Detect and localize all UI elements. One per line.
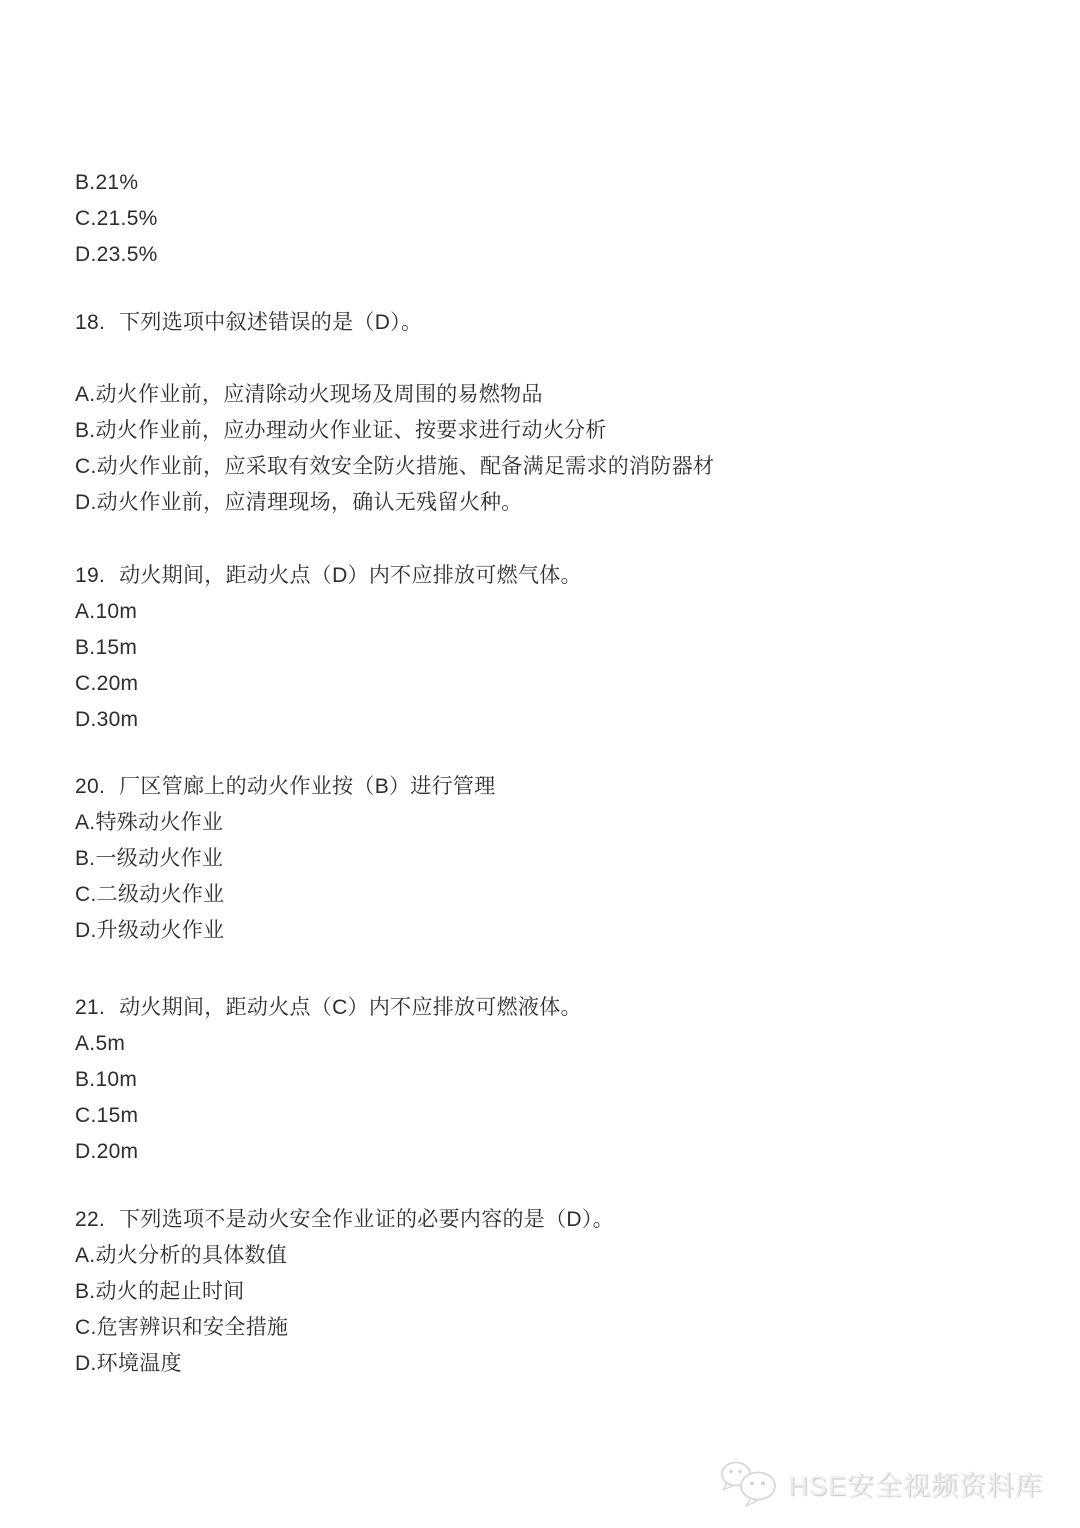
watermark: HSE安全视频资料库 — [718, 1458, 1043, 1508]
watermark-text: HSE安全视频资料库 — [788, 1464, 1043, 1503]
answer-option: D.环境温度 — [75, 1346, 1050, 1382]
answer-option: B.10m — [75, 1062, 1050, 1098]
answer-option: C.15m — [75, 1098, 1050, 1134]
question-stem-line: 20.厂区管廊上的动火作业按（B）进行管理 — [75, 769, 1050, 805]
answer-option: B.15m — [75, 630, 1050, 666]
answer-option: D.30m — [75, 702, 1050, 738]
answer-option: B.一级动火作业 — [75, 841, 1050, 877]
question-options: A.5m B.10m C.15m D.20m — [75, 1026, 1050, 1170]
answer-option: C.20m — [75, 666, 1050, 702]
question-number: 21. — [75, 990, 105, 1026]
question-stem: 下列选项不是动火安全作业证的必要内容的是（D）。 — [119, 1208, 614, 1231]
question-stem: 动火期间，距动火点（D）内不应排放可燃气体。 — [119, 564, 582, 587]
answer-option: D.动火作业前，应清理现场，确认无残留火种。 — [75, 485, 1050, 521]
answer-option: B.动火的起止时间 — [75, 1274, 1050, 1310]
answer-option: B.21% — [75, 165, 1050, 201]
answer-option: D.23.5% — [75, 237, 1050, 273]
question-stem: 动火期间，距动火点（C）内不应排放可燃液体。 — [119, 996, 582, 1019]
answer-option: A.动火分析的具体数值 — [75, 1238, 1050, 1274]
question-22: 22.下列选项不是动火安全作业证的必要内容的是（D）。 A.动火分析的具体数值 … — [75, 1202, 1050, 1382]
document-page: B.21% C.21.5% D.23.5% 18.下列选项中叙述错误的是（D）。… — [0, 0, 1080, 1528]
question-number: 22. — [75, 1202, 105, 1238]
question-stem-line: 19.动火期间，距动火点（D）内不应排放可燃气体。 — [75, 558, 1050, 594]
question-stem-line: 21.动火期间，距动火点（C）内不应排放可燃液体。 — [75, 990, 1050, 1026]
answer-option: C.21.5% — [75, 201, 1050, 237]
question-stem: 厂区管廊上的动火作业按（B）进行管理 — [119, 775, 495, 798]
question-options: A.动火分析的具体数值 B.动火的起止时间 C.危害辨识和安全措施 D.环境温度 — [75, 1238, 1050, 1382]
answer-option: C.危害辨识和安全措施 — [75, 1310, 1050, 1346]
partial-question-options: B.21% C.21.5% D.23.5% — [75, 165, 1050, 273]
answer-option: A.5m — [75, 1026, 1050, 1062]
answer-option: A.动火作业前，应清除动火现场及周围的易燃物品 — [75, 377, 1050, 413]
question-options: A.10m B.15m C.20m D.30m — [75, 594, 1050, 738]
answer-option: A.特殊动火作业 — [75, 805, 1050, 841]
question-18: 18.下列选项中叙述错误的是（D）。 A.动火作业前，应清除动火现场及周围的易燃… — [75, 305, 1050, 521]
answer-option: C.动火作业前，应采取有效安全防火措施、配备满足需求的消防器材 — [75, 449, 1050, 485]
question-21: 21.动火期间，距动火点（C）内不应排放可燃液体。 A.5m B.10m C.1… — [75, 990, 1050, 1170]
question-19: 19.动火期间，距动火点（D）内不应排放可燃气体。 A.10m B.15m C.… — [75, 558, 1050, 738]
answer-option: A.10m — [75, 594, 1050, 630]
question-stem: 下列选项中叙述错误的是（D）。 — [119, 311, 422, 334]
question-options: A.动火作业前，应清除动火现场及周围的易燃物品 B.动火作业前，应办理动火作业证… — [75, 377, 1050, 521]
question-stem-line: 22.下列选项不是动火安全作业证的必要内容的是（D）。 — [75, 1202, 1050, 1238]
question-options: A.特殊动火作业 B.一级动火作业 C.二级动火作业 D.升级动火作业 — [75, 805, 1050, 949]
answer-option: D.升级动火作业 — [75, 913, 1050, 949]
wechat-icon — [718, 1458, 780, 1508]
answer-option: C.二级动火作业 — [75, 877, 1050, 913]
question-number: 19. — [75, 558, 105, 594]
question-number: 20. — [75, 769, 105, 805]
question-stem-line: 18.下列选项中叙述错误的是（D）。 — [75, 305, 1050, 341]
answer-option: D.20m — [75, 1134, 1050, 1170]
question-20: 20.厂区管廊上的动火作业按（B）进行管理 A.特殊动火作业 B.一级动火作业 … — [75, 769, 1050, 949]
question-number: 18. — [75, 305, 105, 341]
page-content: B.21% C.21.5% D.23.5% 18.下列选项中叙述错误的是（D）。… — [75, 165, 1050, 1382]
answer-option: B.动火作业前，应办理动火作业证、按要求进行动火分析 — [75, 413, 1050, 449]
